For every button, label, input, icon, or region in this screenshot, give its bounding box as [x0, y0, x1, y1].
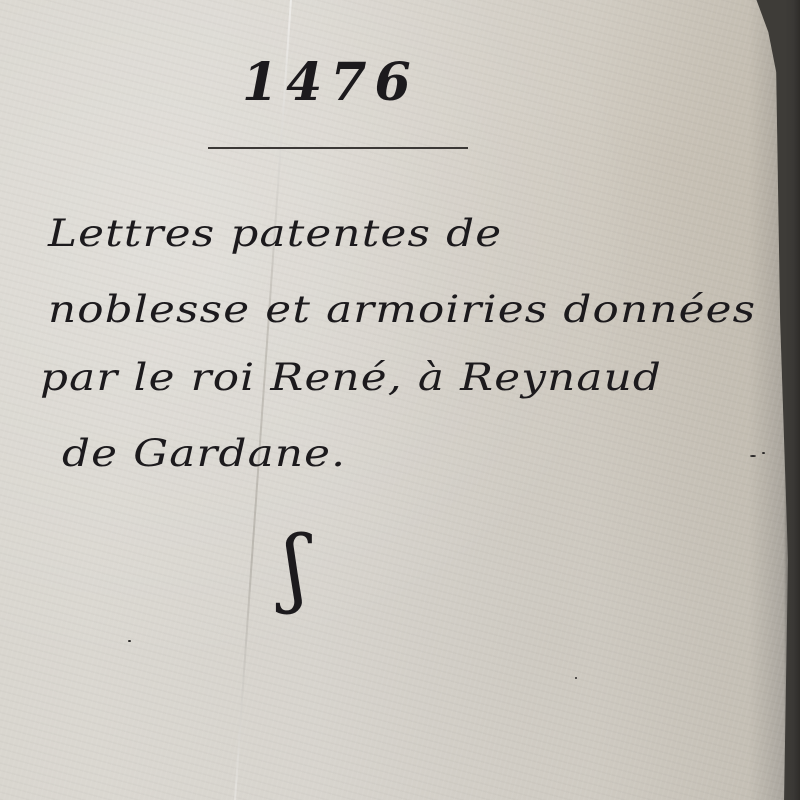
document-year: 1476	[242, 52, 419, 113]
ink-speck	[575, 677, 577, 679]
text-line-2: noblesse et armoiries données	[48, 288, 756, 331]
text-line-3: par le roi René, à Reynaud	[40, 356, 662, 399]
right-edge-shadow	[784, 0, 800, 800]
title-underline	[208, 147, 468, 149]
ink-speck	[762, 452, 765, 454]
text-line-4: de Gardane.	[62, 432, 346, 475]
flourish-mark: ʃ	[284, 518, 308, 616]
ink-speck	[128, 640, 131, 642]
document-photo: 1476 Lettres patentes de noblesse et arm…	[0, 0, 800, 800]
ink-speck	[750, 455, 756, 457]
paper-crease	[234, 0, 292, 800]
text-line-1: Lettres patentes de	[48, 212, 502, 255]
paper-sheet: 1476 Lettres patentes de noblesse et arm…	[0, 0, 788, 800]
